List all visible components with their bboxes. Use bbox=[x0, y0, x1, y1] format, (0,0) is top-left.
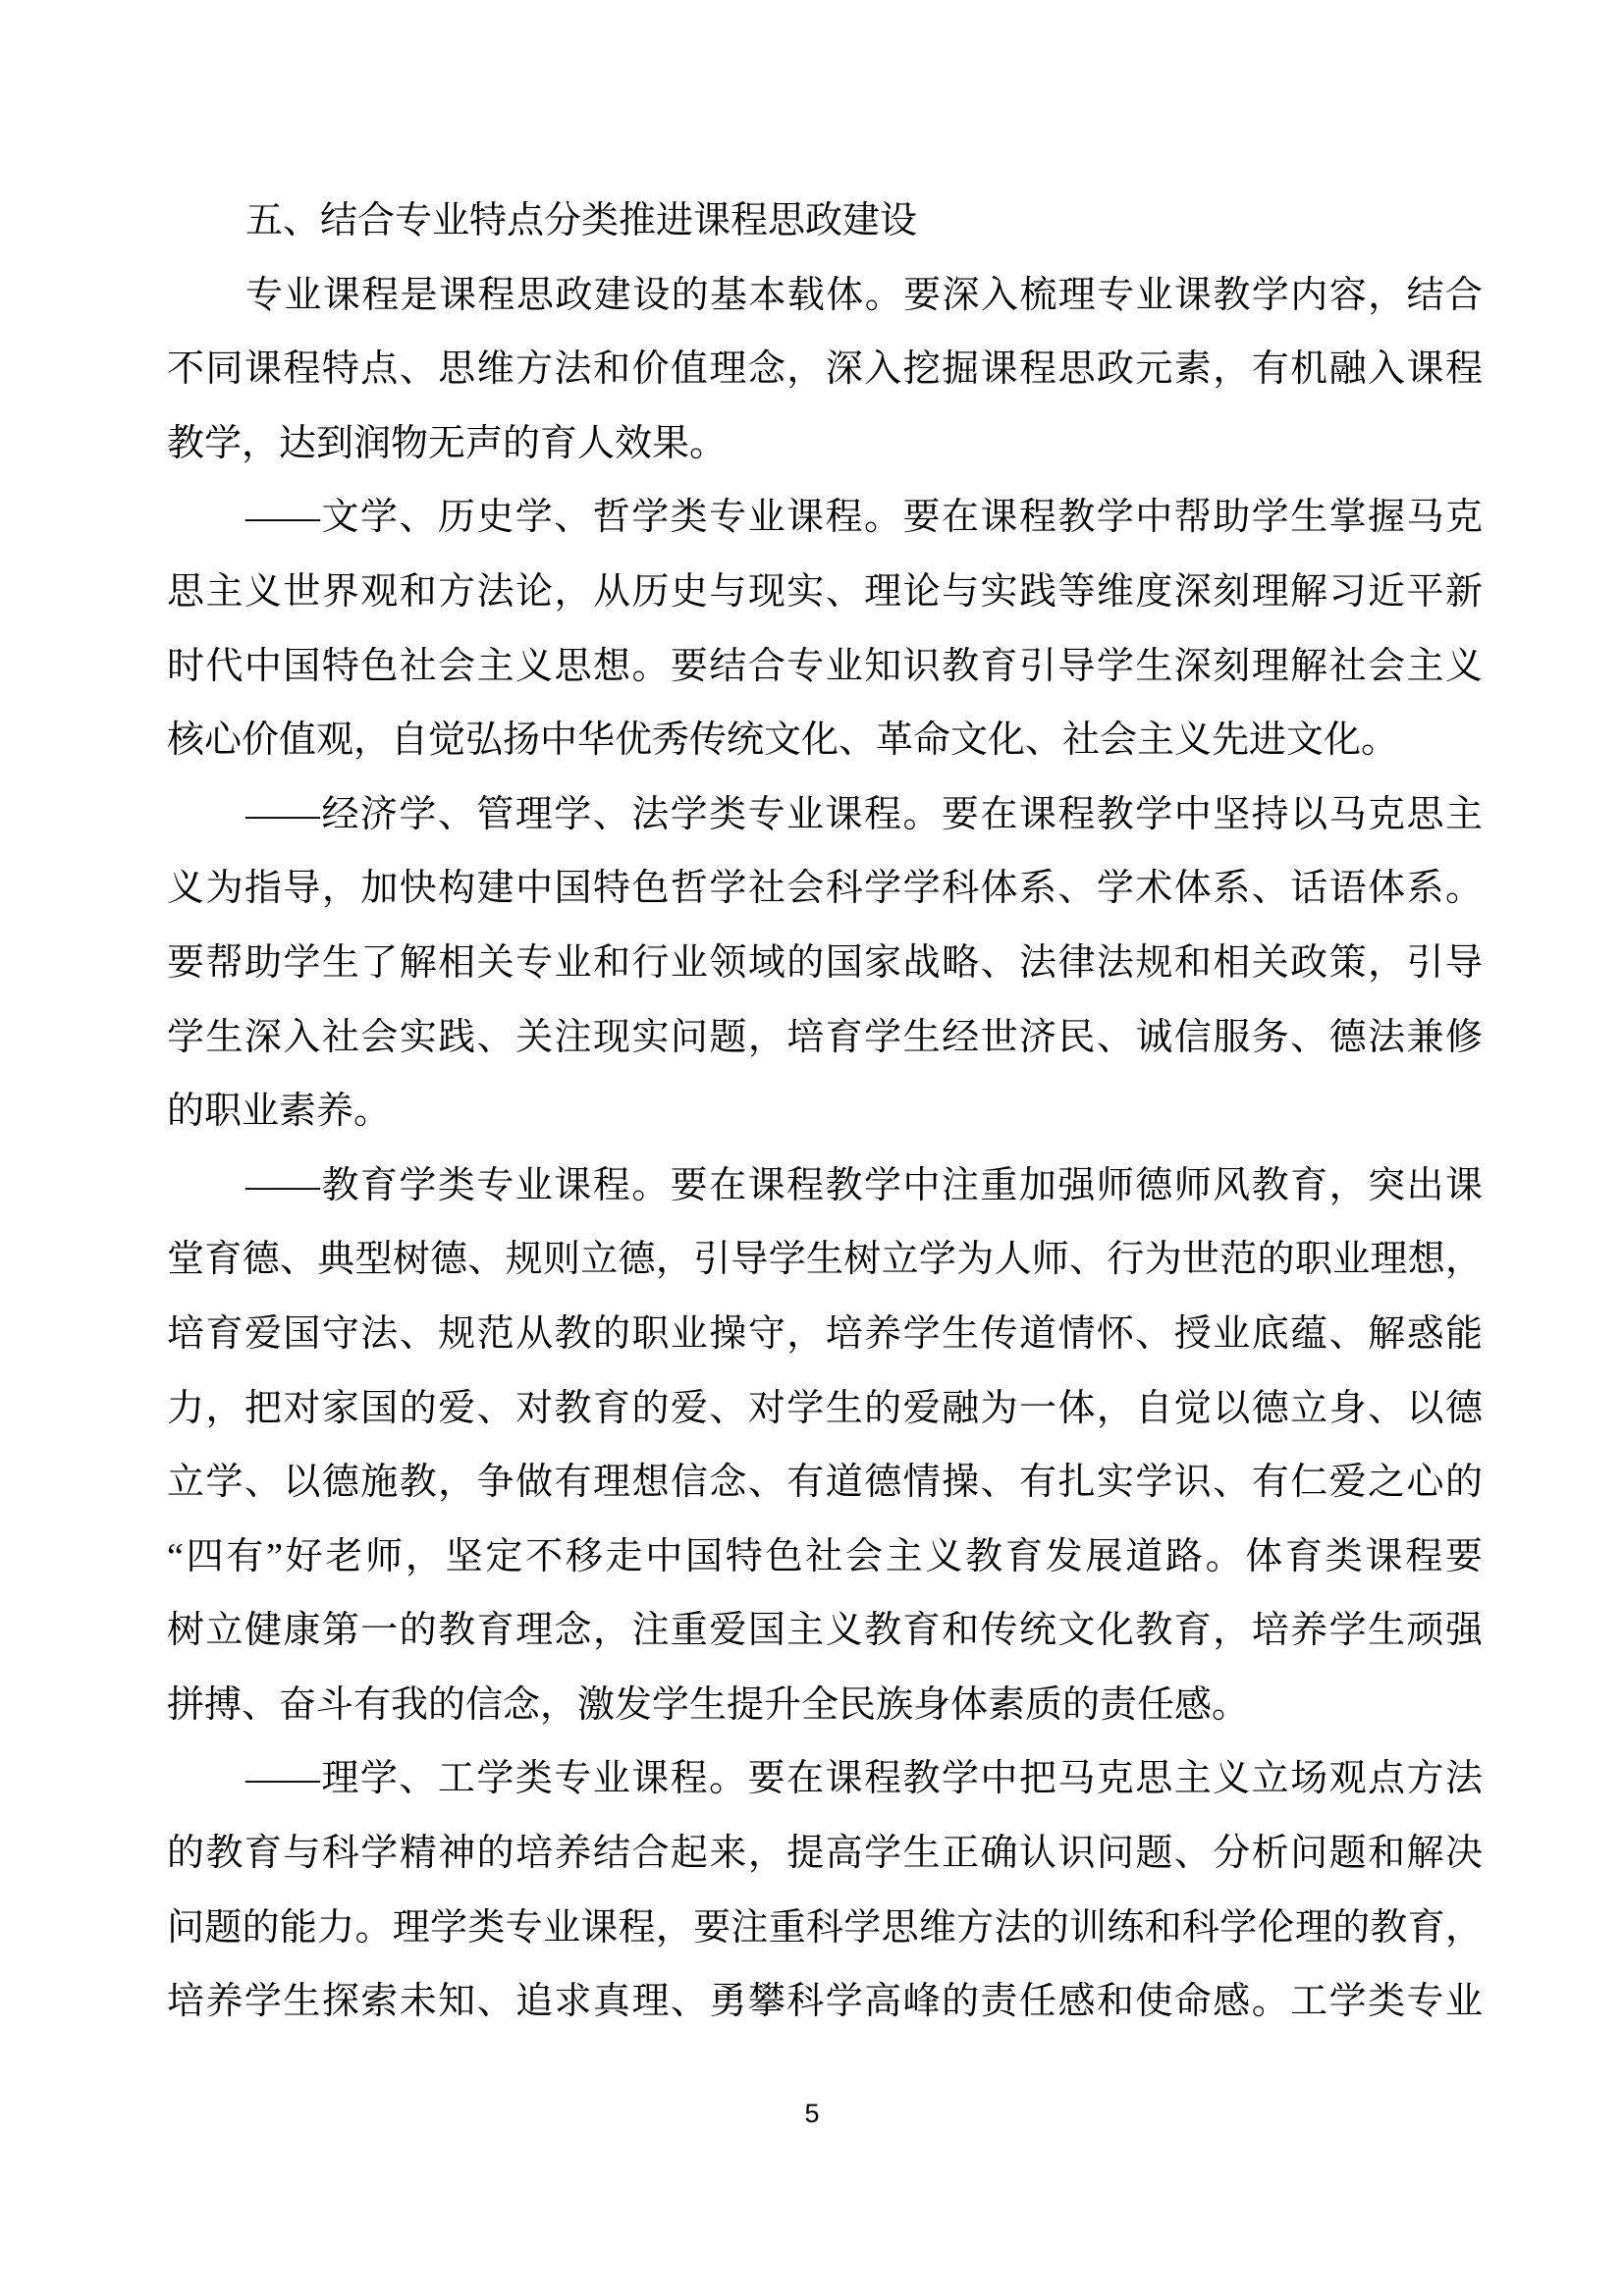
body-line: 要帮助学生了解相关专业和行业领域的国家战略、法律法规和相关政策，引导 bbox=[167, 927, 1483, 1001]
body-line: 思主义世界观和方法论，从历史与现实、理论与实践等维度深刻理解习近平新 bbox=[167, 556, 1483, 630]
body-line: 不同课程特点、思维方法和价值理念，深入挖掘课程思政元素，有机融入课程 bbox=[167, 333, 1483, 407]
body-line: ——经济学、管理学、法学类专业课程。要在课程教学中坚持以马克思主 bbox=[167, 778, 1483, 853]
body-line: 堂育德、典型树德、规则立德，引导学生树立学为人师、行为世范的职业理想， bbox=[167, 1223, 1483, 1298]
body-line: ——教育学类专业课程。要在课程教学中注重加强师德师风教育，突出课 bbox=[167, 1149, 1483, 1224]
body-line: 时代中国特色社会主义思想。要结合专业知识教育引导学生深刻理解社会主义 bbox=[167, 630, 1483, 705]
body-line: “四有”好老师，坚定不移走中国特色社会主义教育发展道路。体育类课程要 bbox=[167, 1521, 1483, 1595]
document-page: 五、结合专业特点分类推进课程思政建设 专业课程是课程思政建设的基本载体。要深入梳… bbox=[0, 0, 1624, 2296]
body-line: 问题的能力。理学类专业课程，要注重科学思维方法的训练和科学伦理的教育， bbox=[167, 1892, 1483, 1966]
body-line: 培育爱国守法、规范从教的职业操守，培养学生传道情怀、授业底蕴、解惑能 bbox=[167, 1298, 1483, 1372]
body-line: 专业课程是课程思政建设的基本载体。要深入梳理专业课教学内容，结合 bbox=[167, 259, 1483, 334]
body-line: 拼搏、奋斗有我的信念，激发学生提升全民族身体素质的责任感。 bbox=[167, 1669, 1483, 1743]
body-line: 立学、以德施教，争做有理想信念、有道德情操、有扎实学识、有仁爱之心的 bbox=[167, 1446, 1483, 1521]
body-line: 义为指导，加快构建中国特色哲学社会科学学科体系、学术体系、话语体系。 bbox=[167, 852, 1483, 927]
body-line: 的职业素养。 bbox=[167, 1075, 1483, 1149]
body-line: 核心价值观，自觉弘扬中华优秀传统文化、革命文化、社会主义先进文化。 bbox=[167, 704, 1483, 778]
body-line: 力，把对家国的爱、对教育的爱、对学生的爱融为一体，自觉以德立身、以德 bbox=[167, 1372, 1483, 1447]
body-line: ——理学、工学类专业课程。要在课程教学中把马克思主义立场观点方法 bbox=[167, 1742, 1483, 1817]
body-line: ——文学、历史学、哲学类专业课程。要在课程教学中帮助学生掌握马克 bbox=[167, 481, 1483, 556]
body-line: 的教育与科学精神的培养结合起来，提高学生正确认识问题、分析问题和解决 bbox=[167, 1817, 1483, 1892]
section-heading: 五、结合专业特点分类推进课程思政建设 bbox=[167, 185, 1483, 259]
body-line: 培养学生探索未知、追求真理、勇攀科学高峰的责任感和使命感。工学类专业 bbox=[167, 1965, 1483, 2040]
body-line: 学生深入社会实践、关注现实问题，培育学生经世济民、诚信服务、德法兼修 bbox=[167, 1001, 1483, 1076]
document-body: 五、结合专业特点分类推进课程思政建设 专业课程是课程思政建设的基本载体。要深入梳… bbox=[167, 185, 1483, 2040]
page-number: 5 bbox=[0, 2094, 1624, 2133]
body-line: 树立健康第一的教育理念，注重爱国主义教育和传统文化教育，培养学生顽强 bbox=[167, 1594, 1483, 1669]
body-line: 教学，达到润物无声的育人效果。 bbox=[167, 407, 1483, 482]
